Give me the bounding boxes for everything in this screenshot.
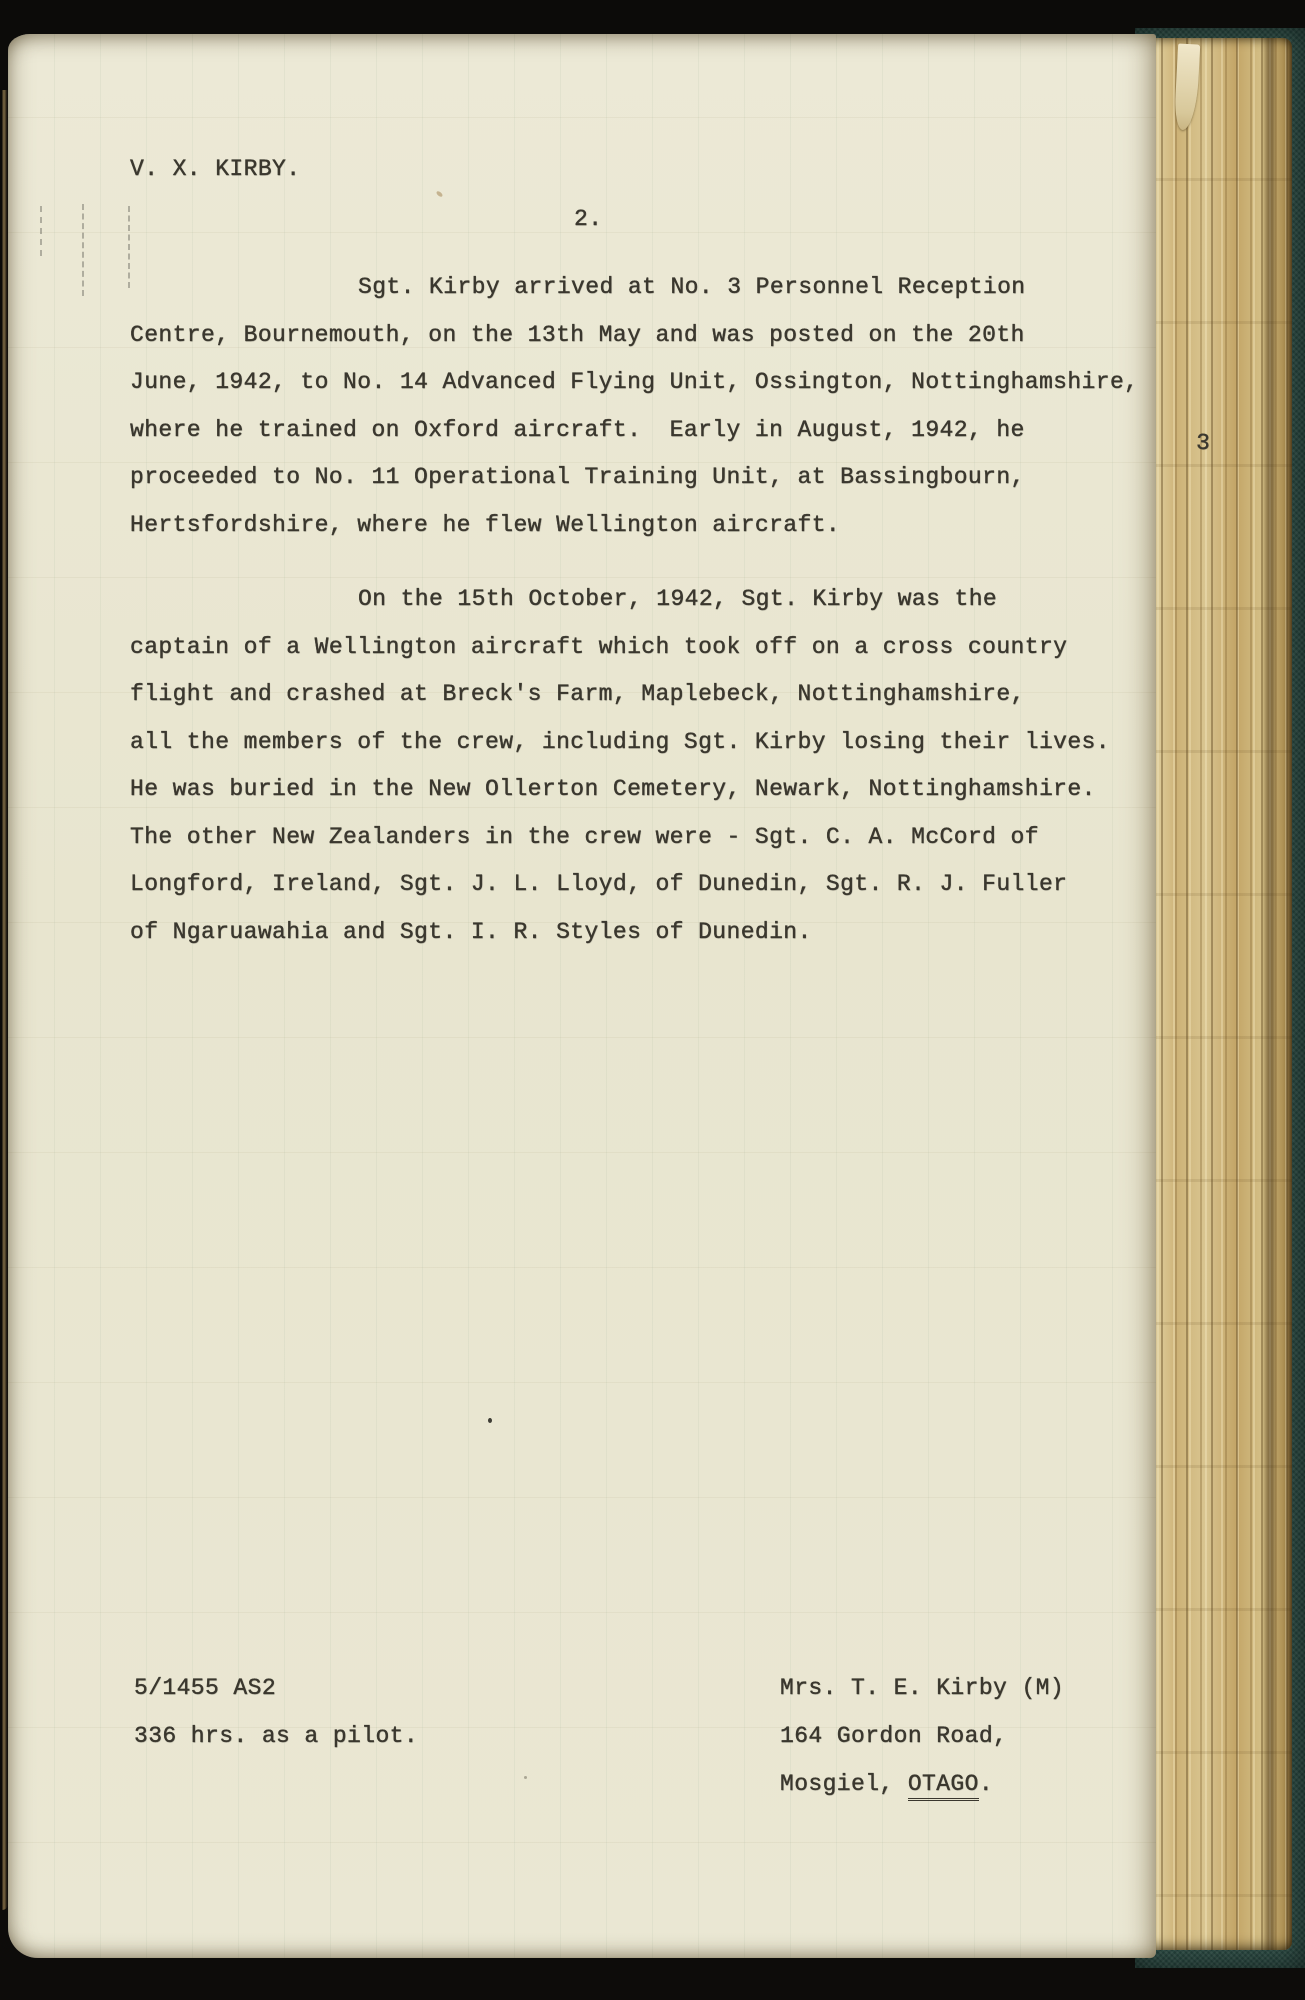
left-page-sliver xyxy=(0,90,8,1910)
typed-text-line: Centre, Bournemouth, on the 13th May and… xyxy=(130,312,1152,360)
stray-ink-dot xyxy=(524,1776,527,1779)
document-title: V. X. KIRBY. xyxy=(130,146,300,194)
address-street: 164 Gordon Road, xyxy=(780,1712,1064,1760)
typed-text-line: He was buried in the New Ollerton Cemete… xyxy=(130,766,1152,814)
next-of-kin: Mrs. T. E. Kirby (M) xyxy=(780,1664,1064,1712)
margin-tick-mark xyxy=(128,206,130,288)
document-page: V. X. KIRBY. 2. Sgt. Kirby arrived at No… xyxy=(8,34,1156,1958)
typed-text-line: of Ngaruawahia and Sgt. I. R. Styles of … xyxy=(130,909,1152,957)
typed-text-line: where he trained on Oxford aircraft. Ear… xyxy=(130,407,1152,455)
typed-text-line: Hertsfordshire, where he flew Wellington… xyxy=(130,502,1152,550)
scanned-book-photo: 3 V. X. KIRBY. 2. Sgt. Kirby arrived at … xyxy=(0,0,1305,2000)
margin-tick-mark xyxy=(82,204,84,296)
address-city: Mosgiel, xyxy=(780,1771,908,1797)
footer-reference-block: 5/1455 AS2 336 hrs. as a pilot. xyxy=(134,1664,418,1760)
paragraph-service-history: Sgt. Kirby arrived at No. 3 Personnel Re… xyxy=(130,264,1152,549)
page-edge-mark: 3 xyxy=(1195,420,1211,468)
book-page-edges xyxy=(1152,38,1292,1950)
address-region: OTAGO xyxy=(908,1771,979,1801)
page-number: 2. xyxy=(574,196,602,244)
margin-tick-mark xyxy=(40,206,42,256)
typed-text-line: all the members of the crew, including S… xyxy=(130,719,1152,767)
typed-text-line: On the 15th October, 1942, Sgt. Kirby wa… xyxy=(130,576,1152,624)
typed-text-line: June, 1942, to No. 14 Advanced Flying Un… xyxy=(130,359,1152,407)
paragraph-crash-report: On the 15th October, 1942, Sgt. Kirby wa… xyxy=(130,576,1152,956)
ink-speck xyxy=(436,190,444,198)
typed-text-line: The other New Zealanders in the crew wer… xyxy=(130,814,1152,862)
stray-ink-dot xyxy=(488,1418,492,1423)
typed-text-line: Longford, Ireland, Sgt. J. L. Lloyd, of … xyxy=(130,861,1152,909)
typed-text-line: Sgt. Kirby arrived at No. 3 Personnel Re… xyxy=(130,264,1152,312)
footer-next-of-kin-block: Mrs. T. E. Kirby (M) 164 Gordon Road, Mo… xyxy=(780,1664,1064,1808)
typed-text-line: flight and crashed at Breck's Farm, Mapl… xyxy=(130,671,1152,719)
address-period: . xyxy=(979,1771,993,1797)
flying-hours: 336 hrs. as a pilot. xyxy=(134,1712,418,1760)
address-city-region: Mosgiel, OTAGO. xyxy=(780,1760,1064,1808)
file-reference: 5/1455 AS2 xyxy=(134,1664,418,1712)
typed-text-line: captain of a Wellington aircraft which t… xyxy=(130,624,1152,672)
typed-text-line: proceeded to No. 11 Operational Training… xyxy=(130,454,1152,502)
